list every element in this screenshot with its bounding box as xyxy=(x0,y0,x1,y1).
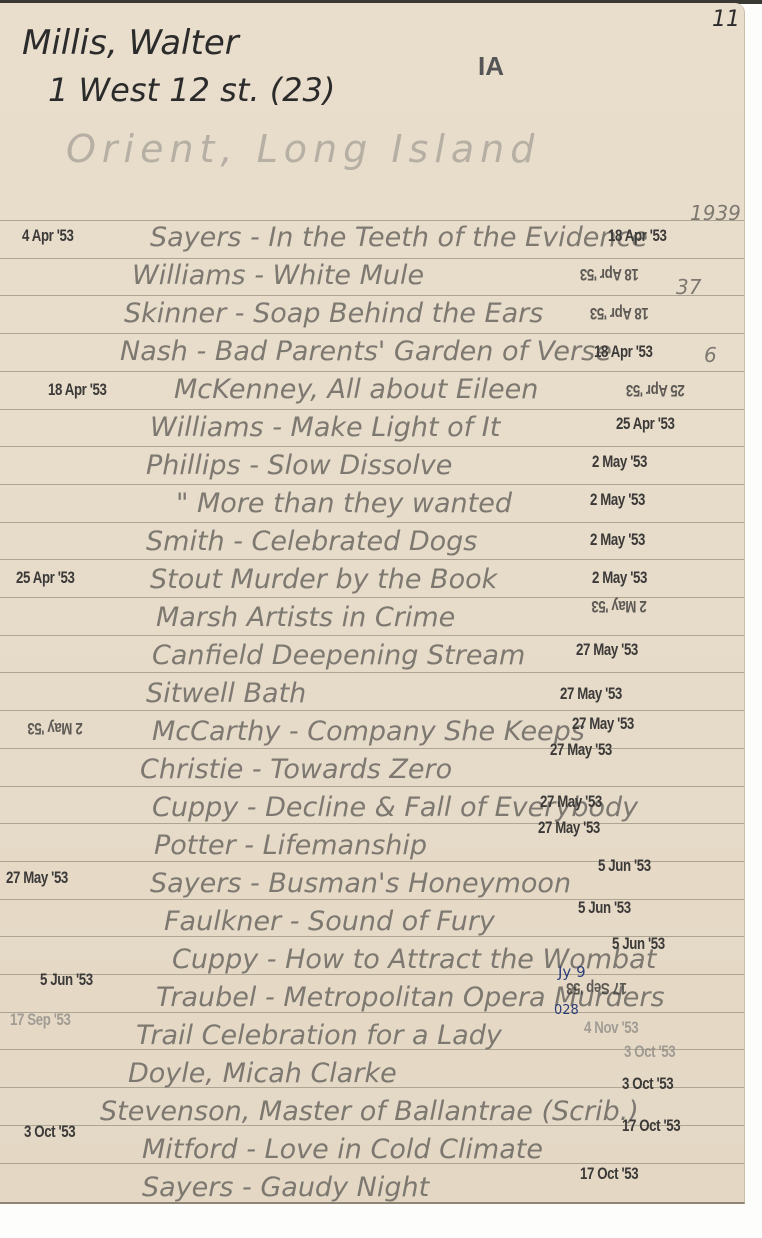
date-stamp: 18 Apr '53 xyxy=(594,342,652,362)
rule-line xyxy=(0,409,744,410)
rule-line xyxy=(0,635,744,636)
rule-line xyxy=(0,295,744,296)
year-note: 1939 xyxy=(690,201,741,225)
book-entry: McCarthy - Company She Keeps xyxy=(152,716,585,747)
rule-line xyxy=(0,333,744,334)
date-stamp: 5 Jun '53 xyxy=(40,970,93,990)
date-stamp: 18 Apr '53 xyxy=(608,226,666,246)
book-entry: Christie - Towards Zero xyxy=(140,754,452,785)
book-entry: Williams - White Mule xyxy=(132,260,424,291)
date-stamp: 2 May '53 xyxy=(592,568,647,588)
page-number: 11 xyxy=(712,7,740,32)
date-stamp: 4 Nov '53 xyxy=(584,1018,638,1038)
library-borrower-card: Millis, Walter 1 West 12 st. (23) IA Ori… xyxy=(0,3,745,1204)
date-stamp: 27 May '53 xyxy=(6,868,68,888)
year-note: 6 xyxy=(704,343,717,367)
date-stamp: 2 May '53 xyxy=(590,490,645,510)
date-stamp: 25 Apr '53 xyxy=(616,414,674,434)
rule-line xyxy=(0,220,744,221)
book-entry: Marsh Artists in Crime xyxy=(156,602,455,633)
book-entry: Sitwell Bath xyxy=(146,678,306,709)
date-stamp: 17 Sep '53 xyxy=(567,978,627,998)
rule-line xyxy=(0,559,744,560)
date-stamp: 27 May '53 xyxy=(540,792,602,812)
book-entry: Doyle, Micah Clarke xyxy=(128,1058,397,1089)
book-entry: Nash - Bad Parents' Garden of Verse xyxy=(120,336,612,367)
rule-line xyxy=(0,710,744,711)
date-stamp: 25 Apr '53 xyxy=(16,568,74,588)
date-stamp: 3 Oct '53 xyxy=(622,1074,673,1094)
rule-line xyxy=(0,672,744,673)
borrower-address: 1 West 12 st. (23) xyxy=(48,71,335,109)
date-stamp: 27 May '53 xyxy=(550,740,612,760)
book-entry: Canfield Deepening Stream xyxy=(152,640,525,671)
book-entry: Smith - Celebrated Dogs xyxy=(146,526,477,557)
date-stamp: 17 Oct '53 xyxy=(580,1164,638,1184)
book-entry: Sayers - Busman's Honeymoon xyxy=(150,868,571,899)
date-stamp: 18 Apr '53 xyxy=(590,303,648,323)
book-entry: Trail Celebration for a Lady xyxy=(136,1020,502,1051)
book-entry: Sayers - Gaudy Night xyxy=(142,1172,429,1203)
book-entry: McKenney, All about Eileen xyxy=(174,374,538,405)
rule-line xyxy=(0,258,744,259)
blue-ink-note-line2: 028 xyxy=(554,1003,579,1018)
date-stamp: 4 Apr '53 xyxy=(22,226,73,246)
date-stamp: 27 May '53 xyxy=(538,818,600,838)
date-stamp: 2 May '53 xyxy=(28,718,83,738)
date-stamp: 2 May '53 xyxy=(592,452,647,472)
book-entry: Sayers - In the Teeth of the Evidence xyxy=(150,222,648,253)
rule-line xyxy=(0,522,744,523)
year-note: 37 xyxy=(676,275,701,299)
date-stamp: 3 Oct '53 xyxy=(624,1042,675,1062)
rule-line xyxy=(0,446,744,447)
classification-stamp: IA xyxy=(478,51,504,82)
alternate-address: Orient, Long Island xyxy=(66,127,540,171)
borrower-name: Millis, Walter xyxy=(22,23,239,63)
book-entry: Stevenson, Master of Ballantrae (Scrib.) xyxy=(100,1096,639,1127)
date-stamp: 5 Jun '53 xyxy=(598,856,651,876)
book-entry: Phillips - Slow Dissolve xyxy=(146,450,452,481)
book-entry: " More than they wanted xyxy=(176,488,512,519)
date-stamp: 27 May '53 xyxy=(560,684,622,704)
date-stamp: 18 Apr '53 xyxy=(48,380,106,400)
rule-line xyxy=(0,786,744,787)
date-stamp: 27 May '53 xyxy=(572,714,634,734)
rule-line xyxy=(0,823,744,824)
date-stamp: 18 Apr '53 xyxy=(580,264,638,284)
book-entry: Williams - Make Light of It xyxy=(150,412,500,443)
blue-ink-note-line1: Jy 9 xyxy=(558,963,586,981)
date-stamp: 5 Jun '53 xyxy=(578,898,631,918)
book-entry: Potter - Lifemanship xyxy=(154,830,427,861)
date-stamp: 17 Sep '53 xyxy=(10,1010,70,1030)
book-entry: Stout Murder by the Book xyxy=(150,564,497,595)
book-entry: Faulkner - Sound of Fury xyxy=(164,906,495,937)
date-stamp: 2 May '53 xyxy=(592,596,647,616)
book-entry: Mitford - Love in Cold Climate xyxy=(142,1134,543,1165)
rule-line xyxy=(0,371,744,372)
rule-line xyxy=(0,748,744,749)
date-stamp: 25 Apr '53 xyxy=(626,380,684,400)
book-entry: Skinner - Soap Behind the Ears xyxy=(124,298,543,329)
date-stamp: 5 Jun '53 xyxy=(612,934,665,954)
date-stamp: 2 May '53 xyxy=(590,530,645,550)
date-stamp: 17 Oct '53 xyxy=(622,1116,680,1136)
date-stamp: 27 May '53 xyxy=(576,640,638,660)
rule-line xyxy=(0,484,744,485)
date-stamp: 3 Oct '53 xyxy=(24,1122,75,1142)
